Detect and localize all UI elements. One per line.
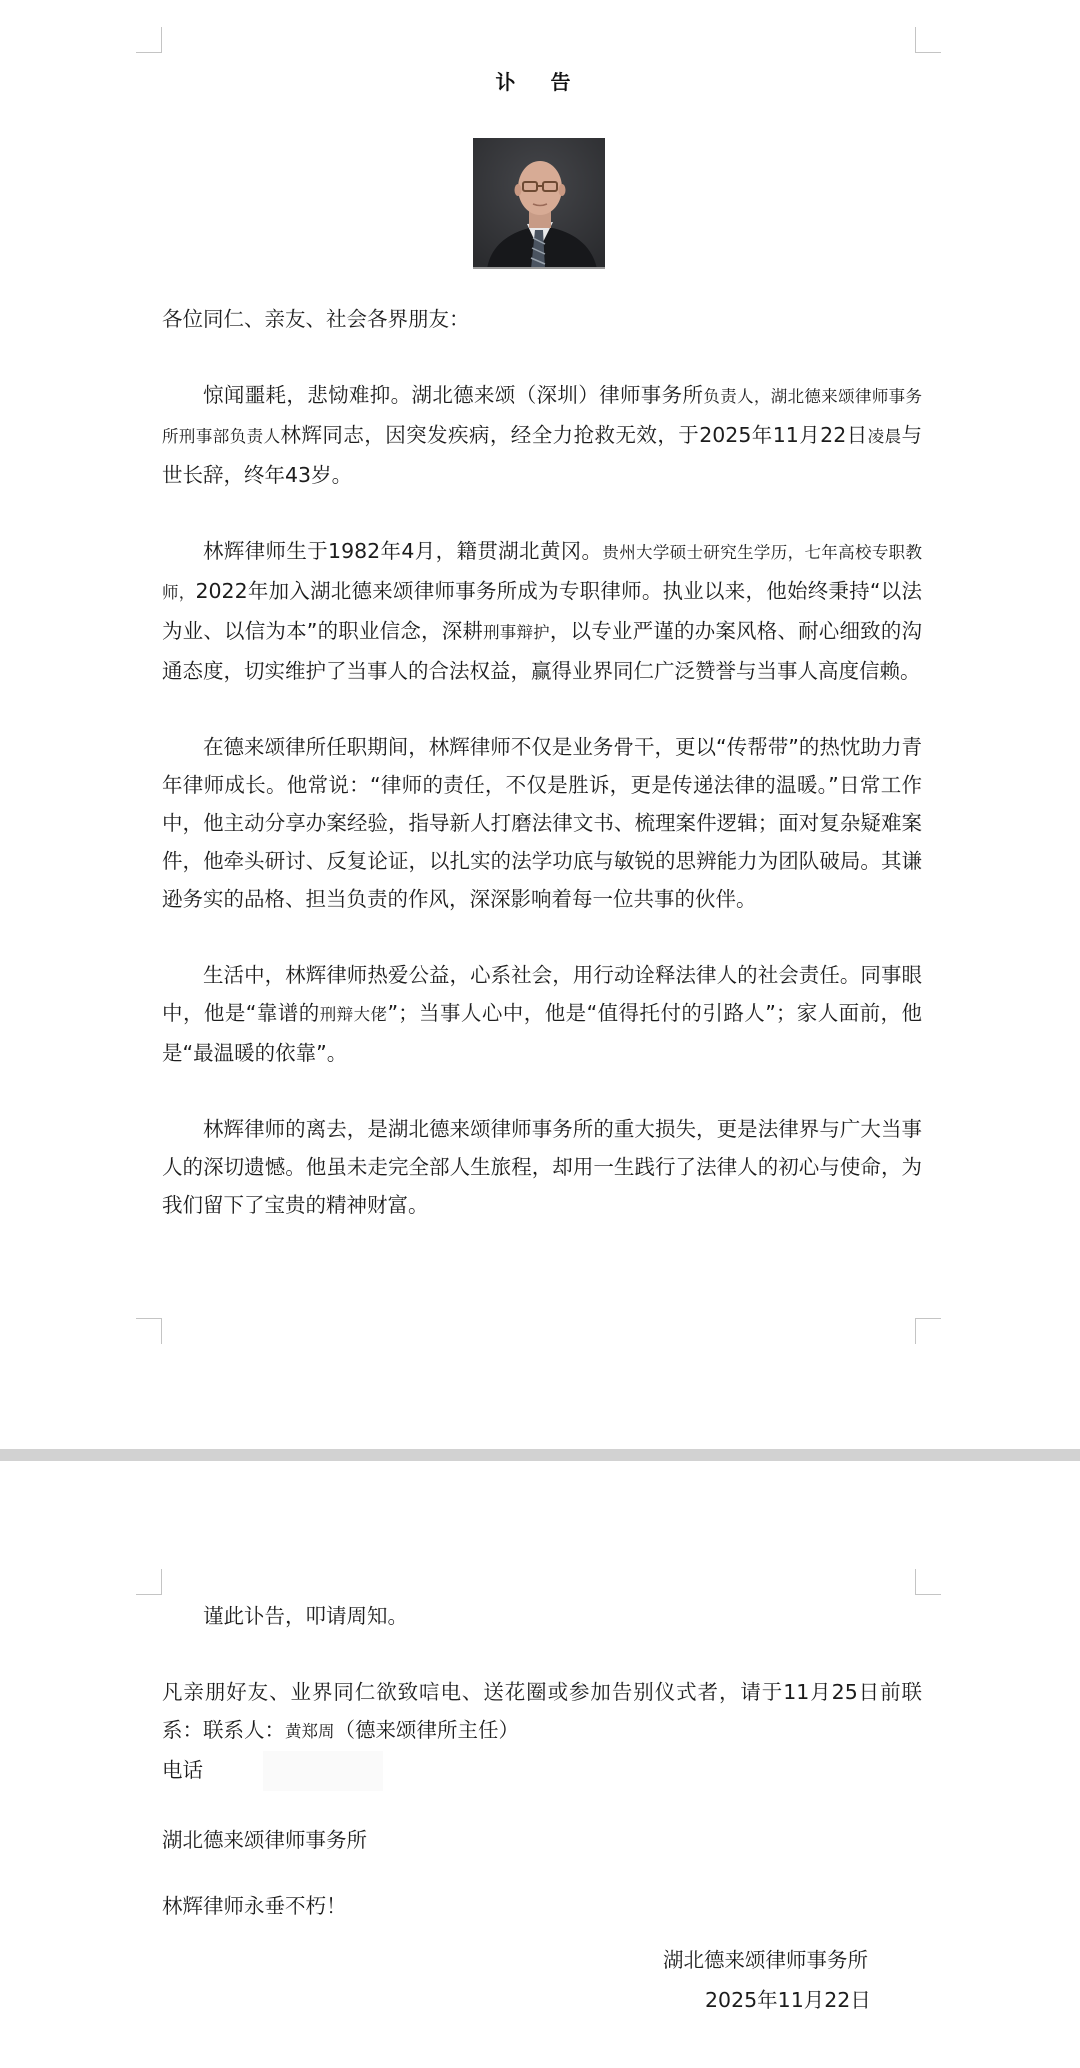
corner-mark-top-right [915, 27, 941, 53]
paragraph-legacy: 林辉律师的离去，是湖北德来颂律师事务所的重大损失，更是法律界与广大当事人的深切遗… [162, 1110, 922, 1224]
paragraph-mentorship: 在德来颂律所任职期间，林辉律师不仅是业务骨干，更以“传帮带”的热忱助力青年律师成… [162, 728, 922, 918]
page-title: 讣 告 [0, 66, 1080, 95]
phone-label: 电话 [162, 1758, 203, 1782]
contact-role: （德来颂律所主任） [335, 1718, 520, 1742]
signature-date: 2025年11月22日 [705, 1981, 871, 2019]
text-segment: 林辉律师生于1982年4月，籍贯湖北黄冈。 [203, 539, 602, 563]
text-segment: 在德来颂律所任职期间，林辉律师不仅是业务骨干，更以“传帮带”的热忱助力青年律师成… [162, 735, 922, 911]
salutation: 各位同仁、亲友、社会各界朋友： [162, 300, 922, 338]
text-segment-small: 凌晨 [868, 427, 902, 446]
closing-section: 谨此讣告，叩请周知。 凡亲朋好友、业界同仁欲致唁电、送花圈或参加告别仪式者，请于… [162, 1597, 922, 1925]
tribute-line: 林辉律师永垂不朽！ [162, 1887, 922, 1925]
text-segment: 林辉同志，因突发疾病，经全力抢救无效，于2025年11月22日 [281, 423, 868, 447]
phone-line: 电话 [162, 1751, 922, 1791]
phone-number-redacted [263, 1751, 383, 1791]
document-body: 各位同仁、亲友、社会各界朋友： 惊闻噩耗，悲恸难抑。湖北德来颂（深圳）律师事务所… [162, 300, 922, 1224]
page-separator [0, 1449, 1080, 1461]
corner-mark-top-left [136, 27, 162, 53]
firm-name: 湖北德来颂律师事务所 [162, 1821, 922, 1859]
text-segment: 林辉律师的离去，是湖北德来颂律师事务所的重大损失，更是法律界与广大当事人的深切遗… [162, 1117, 922, 1217]
corner-mark-top-left [136, 1569, 162, 1595]
text-segment-small: 刑辩大佬 [320, 1005, 388, 1024]
portrait-photo [473, 138, 605, 269]
paragraph-announcement: 惊闻噩耗，悲恸难抑。湖北德来颂（深圳）律师事务所负责人，湖北德来颂律师事务所刑事… [162, 376, 922, 494]
closing-line: 谨此讣告，叩请周知。 [162, 1597, 922, 1635]
paragraph-life: 生活中，林辉律师热爱公益，心系社会，用行动诠释法律人的社会责任。同事眼中，他是“… [162, 956, 922, 1072]
paragraph-biography: 林辉律师生于1982年4月，籍贯湖北黄冈。贵州大学硕士研究生学历，七年高校专职教… [162, 532, 922, 690]
corner-mark-top-right [915, 1569, 941, 1595]
corner-mark-bottom-left [136, 1318, 162, 1344]
portrait-icon [473, 138, 605, 269]
funeral-notice: 凡亲朋好友、业界同仁欲致唁电、送花圈或参加告别仪式者，请于11月25日前联系：联… [162, 1673, 922, 1751]
corner-mark-bottom-right [915, 1318, 941, 1344]
signature-firm: 湖北德来颂律师事务所 [663, 1941, 868, 1979]
document-page-1: 讣 告 [0, 0, 1080, 1449]
text-segment-small: 刑事辩护 [483, 623, 550, 642]
text-segment: 惊闻噩耗，悲恸难抑。湖北德来颂（深圳）律师事务所 [203, 383, 703, 407]
notice-text: 凡亲朋好友、业界同仁欲致唁电、送花圈或参加告别仪式者，请于11月25日前联系：联… [162, 1680, 922, 1742]
document-page-2: 谨此讣告，叩请周知。 凡亲朋好友、业界同仁欲致唁电、送花圈或参加告别仪式者，请于… [0, 1461, 1080, 2068]
contact-name: 黄郑周 [285, 1722, 335, 1741]
